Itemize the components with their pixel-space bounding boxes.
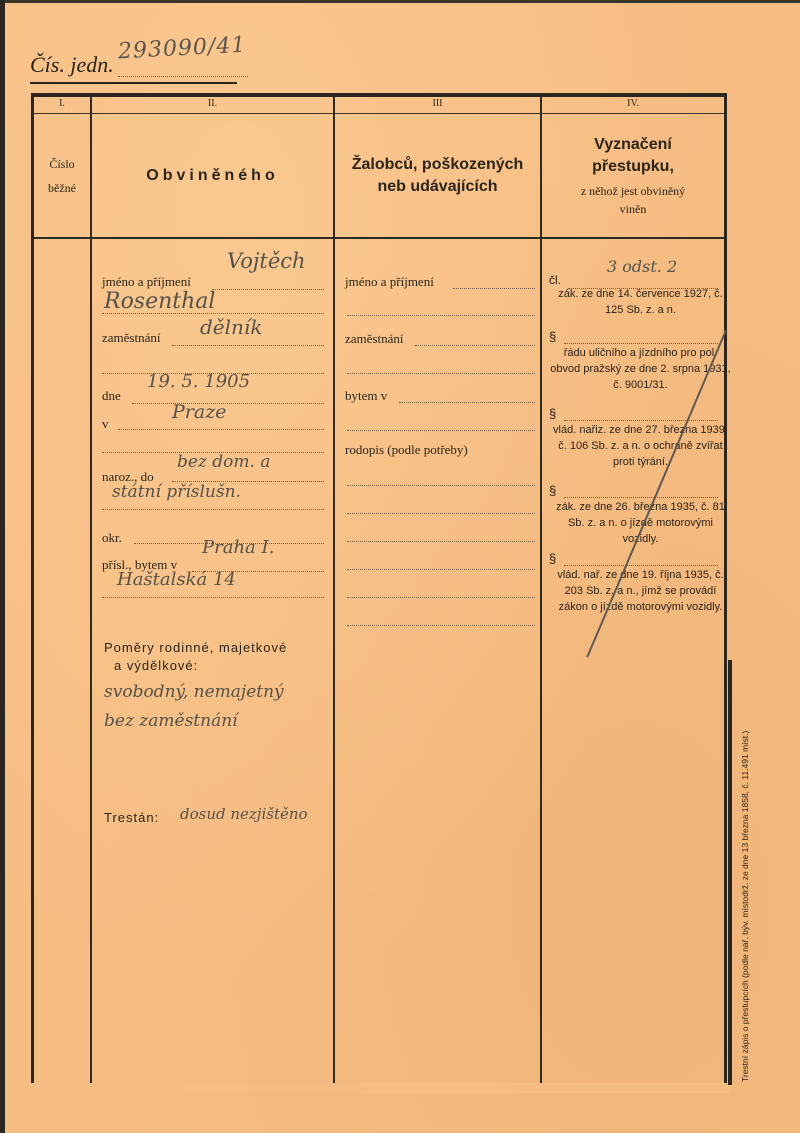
accused-circumstances-label-2: a výdělkové: xyxy=(114,658,198,673)
accused-circumstances-value-1: svobodný, nemajetný xyxy=(104,682,284,702)
dotted-line xyxy=(415,345,535,346)
plaintiff-genealogy-label: rodopis (podle potřeby) xyxy=(345,442,468,458)
reference-label: Čís. jedn. xyxy=(30,52,114,78)
law-paragraph-sign-2: § xyxy=(549,329,556,344)
dotted-line xyxy=(347,430,535,431)
reference-underline xyxy=(30,82,237,84)
dotted-line xyxy=(132,403,324,404)
law-paragraph-sign-3: § xyxy=(549,406,556,421)
accused-surname: Rosenthal xyxy=(104,289,215,314)
dotted-line xyxy=(347,315,535,316)
dotted-line xyxy=(564,343,718,344)
accused-occupation: dělník xyxy=(200,315,262,339)
law-item-2: řádu uličního a jízdního pro pol. obvod … xyxy=(549,345,732,393)
plaintiffs-section: jméno a příjmení zaměstnání bytem v rodo… xyxy=(335,97,540,1087)
law-paragraph-sign-4: § xyxy=(549,483,556,498)
dotted-line xyxy=(453,288,535,289)
dotted-line xyxy=(172,345,324,346)
table-bottom-margin xyxy=(31,1083,731,1093)
accused-first-name: Vojtěch xyxy=(227,249,306,273)
dotted-line xyxy=(347,625,535,626)
dotted-line xyxy=(102,597,324,598)
accused-occupation-label: zaměstnání xyxy=(102,330,160,346)
accused-circumstances-value-2: bez zaměstnání xyxy=(104,711,238,731)
reference-number: Čís. jedn. 293090/41 xyxy=(30,36,240,82)
accused-birth-date-label: dne xyxy=(102,388,121,404)
dotted-line xyxy=(564,565,718,566)
accused-circumstances-label-1: Poměry rodinné, majetkové xyxy=(104,640,287,655)
dotted-line xyxy=(347,569,535,570)
law-item-5: vlád. nař. ze dne 19. října 1935, č. 203… xyxy=(549,567,732,615)
accused-convicted-value: dosud nezjištěno xyxy=(180,805,308,823)
dotted-line xyxy=(564,420,718,421)
dotted-line xyxy=(347,513,535,514)
dotted-line xyxy=(347,541,535,542)
header-serial-line-2: běžné xyxy=(48,176,76,200)
accused-domicile-value-1: Praha I. xyxy=(202,537,274,558)
accused-section: jméno a příjmení Vojtěch Rosenthal zaměs… xyxy=(92,97,333,1087)
accused-name-label: jméno a příjmení xyxy=(102,274,191,290)
law-item-4: zák. ze dne 26. března 1935, č. 81 Sb. z… xyxy=(549,499,732,547)
reference-dotted-line xyxy=(118,76,248,77)
dotted-line xyxy=(118,429,324,430)
header-serial-line-1: Číslo xyxy=(49,152,74,176)
dotted-line xyxy=(399,402,535,403)
accused-convicted-label: Trestán: xyxy=(104,810,159,825)
accused-birth-date: 19. 5. 1905 xyxy=(147,371,250,392)
dotted-line xyxy=(102,509,324,510)
accused-domicile-value-2: Haštalská 14 xyxy=(117,569,236,590)
plaintiff-occupation-label: zaměstnání xyxy=(345,331,403,347)
accused-birth-place-label: v xyxy=(102,416,109,432)
accused-district-label: okr. xyxy=(102,530,122,546)
dotted-line xyxy=(347,485,535,486)
offense-section: čl. 3 odst. 2 zák. ze dne 14. července 1… xyxy=(542,97,724,1087)
dotted-line xyxy=(212,289,324,290)
dotted-line xyxy=(347,597,535,598)
offense-article-label: čl. xyxy=(549,273,561,287)
plaintiff-name-label: jméno a příjmení xyxy=(345,274,434,290)
record-table: I. II. III IV. Číslo běžné Obviněného Ža… xyxy=(31,93,727,1083)
page-top-edge xyxy=(0,0,800,3)
plaintiff-residence-label: bytem v xyxy=(345,388,387,404)
reference-value: 293090/41 xyxy=(117,33,247,65)
column-number-1: I. xyxy=(34,98,90,109)
side-note-text: Trestní zápis o přestupcích (podle nař. … xyxy=(740,731,750,1082)
accused-birth-place: Praze xyxy=(172,401,226,423)
side-note-bar xyxy=(728,660,732,1085)
page-left-edge xyxy=(0,0,5,1133)
accused-born-value-1: bez dom. a xyxy=(177,452,270,472)
dotted-line xyxy=(102,313,324,314)
law-paragraph-sign-5: § xyxy=(549,551,556,566)
accused-born-value-2: státní příslušn. xyxy=(112,482,241,502)
offense-article-value: 3 odst. 2 xyxy=(607,257,677,276)
dotted-line xyxy=(347,373,535,374)
law-item-3: vlád. nařiz. ze dne 27. března 1939, č. … xyxy=(549,422,732,470)
dotted-line xyxy=(564,497,718,498)
law-item-1: zák. ze dne 14. července 1927, č. 125 Sb… xyxy=(549,286,732,318)
header-serial-number: Číslo běžné xyxy=(34,115,90,237)
